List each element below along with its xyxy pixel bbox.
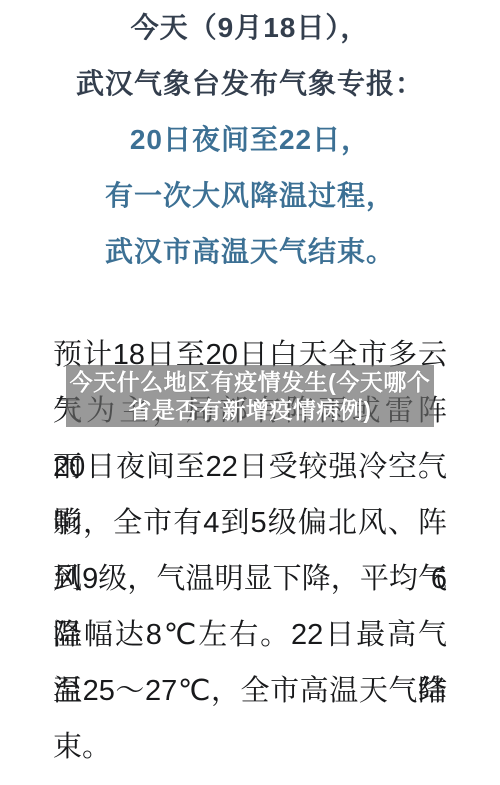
forecast-line: 降幅达8℃左右。22日最高气温降	[53, 607, 447, 663]
forecast-line: 到9级，气温明显下降，平均气温	[53, 551, 447, 607]
forecast-line: 束。	[53, 719, 447, 775]
bulletin-header: 今天（9月18日）， 武汉气象台发布气象专报： 20日夜间至22日， 有一次大风…	[0, 0, 500, 280]
forecast-line: 响，全市有4到5级偏北风、阵风6	[53, 495, 447, 551]
overlay-title-banner: 今天什么地区有疫情发生(今天哪个 省是否有新增疫情病例)	[66, 365, 434, 427]
bulletin-highlight-line-3: 武汉市高温天气结束。	[0, 224, 500, 280]
overlay-title-line-2: 省是否有新增疫情病例)	[128, 396, 371, 424]
forecast-line: 20日夜间至22日受较强冷空气影	[53, 439, 447, 495]
bulletin-highlight-line-2: 有一次大风降温过程，	[0, 168, 500, 224]
weather-bulletin-page: 今天（9月18日）， 武汉气象台发布气象专报： 20日夜间至22日， 有一次大风…	[0, 0, 500, 785]
forecast-line: 至25～27℃，全市高温天气结	[53, 663, 447, 719]
bulletin-date-line: 今天（9月18日），	[0, 0, 500, 56]
bulletin-highlight-line-1: 20日夜间至22日，	[0, 112, 500, 168]
bulletin-issuer-line: 武汉气象台发布气象专报：	[0, 56, 500, 112]
overlay-title-line-1: 今天什么地区有疫情发生(今天哪个	[70, 368, 431, 396]
